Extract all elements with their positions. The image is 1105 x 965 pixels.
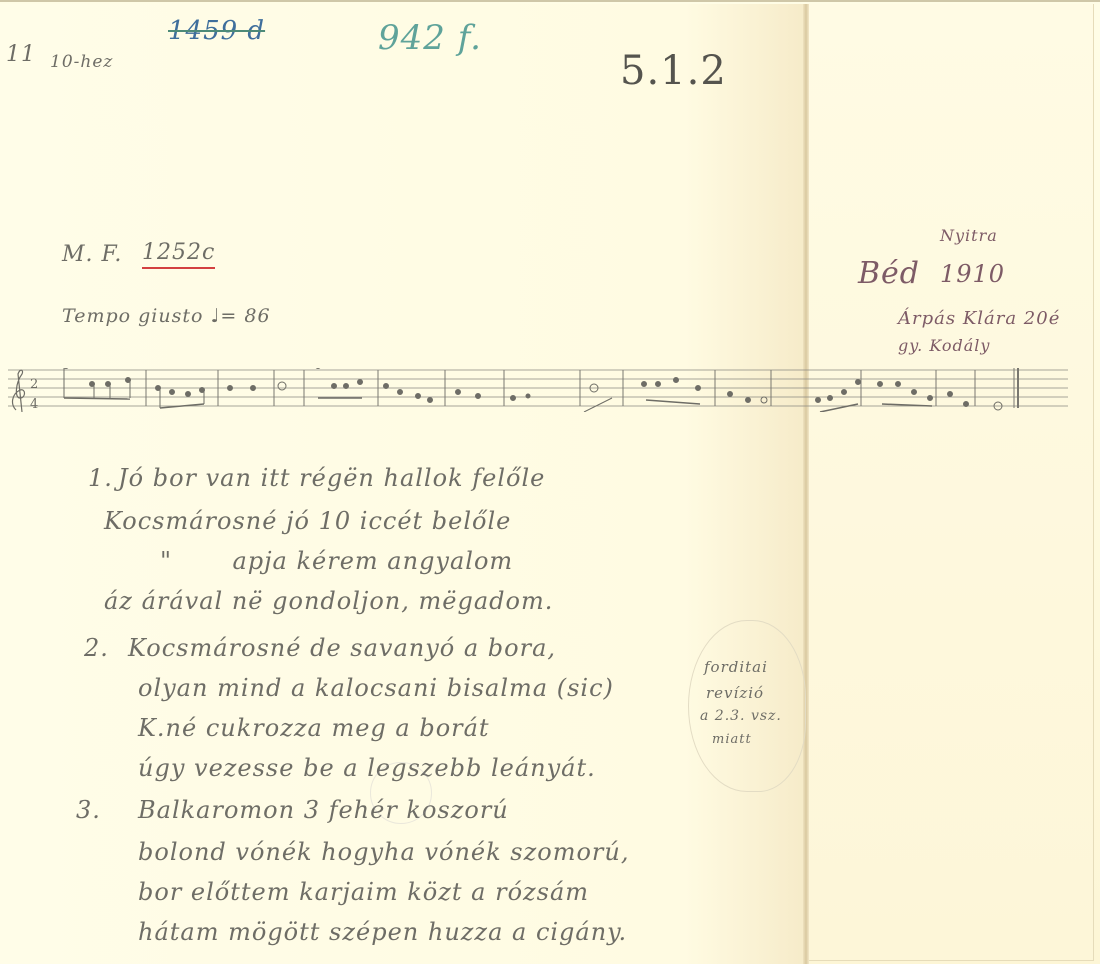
verse-1-line-3: " apja kérem angyalom bbox=[160, 547, 513, 575]
margin-note-line-2: revízió bbox=[706, 684, 764, 702]
place-name: Béd bbox=[858, 256, 920, 291]
faint-stamp bbox=[370, 762, 432, 824]
corner-mark: 11 bbox=[6, 42, 36, 67]
margin-note-outline bbox=[688, 620, 806, 792]
verse-3-line-4: hátam mögött szépen huzza a cigány. bbox=[138, 918, 627, 946]
verse-3-line-2: bolond vónék hogyha vónék szomorú, bbox=[138, 838, 629, 866]
svg-text:4: 4 bbox=[30, 397, 38, 412]
margin-note-line-4: miatt bbox=[712, 732, 752, 747]
margin-note-line-3: a 2.3. vsz. bbox=[700, 708, 782, 724]
tempo-marking: Tempo giusto ♩= 86 bbox=[62, 305, 271, 327]
struck-number: 1459 d bbox=[168, 16, 265, 46]
manuscript-page: 11 10-hez 1459 d 942 f. 5.1.2 M. F. 1252… bbox=[0, 0, 1100, 964]
county-name: Nyitra bbox=[940, 226, 998, 245]
classification-number: 5.1.2 bbox=[620, 48, 727, 94]
verse-1-line-4: áz árával në gondoljon, mëgadom. bbox=[104, 587, 553, 615]
catalog-number: 942 f. bbox=[378, 18, 482, 58]
singer-name: Árpás Klára 20é bbox=[898, 308, 1060, 329]
reference-label: M. F. bbox=[62, 242, 122, 267]
verse-2-line-4: úgy vezesse be a legszebb leányát. bbox=[138, 754, 596, 782]
verse-3-number: 3. bbox=[76, 796, 101, 824]
staff-notation-icon: 2 4 bbox=[8, 368, 1068, 412]
collector-name: gy. Kodály bbox=[898, 336, 990, 355]
verse-1-line-2: Kocsmárosné jó 10 iccét belőle bbox=[104, 507, 511, 535]
corner-note: 10-hez bbox=[50, 52, 113, 72]
margin-note-line-1: forditai bbox=[704, 658, 768, 676]
right-page bbox=[809, 4, 1094, 961]
verse-2-line-3: K.né cukrozza meg a borát bbox=[138, 714, 490, 742]
year: 1910 bbox=[940, 260, 1005, 288]
svg-text:2: 2 bbox=[30, 377, 38, 392]
verse-2-line-2: olyan mind a kalocsani bisalma (sic) bbox=[138, 674, 614, 702]
verse-3-line-1: Balkaromon 3 fehér koszorú bbox=[138, 796, 509, 824]
verse-2-line-1: Kocsmárosné de savanyó a bora, bbox=[128, 634, 556, 662]
verse-1-number: 1. bbox=[88, 464, 113, 492]
verse-1-line-1: Jó bor van itt régën hallok felőle bbox=[118, 464, 545, 492]
verse-3-line-3: bor előttem karjaim közt a rózsám bbox=[138, 878, 589, 906]
music-staff: 2 4 bbox=[8, 368, 1068, 412]
verse-2-number: 2. bbox=[84, 634, 109, 662]
reference-number: 1252c bbox=[142, 240, 215, 269]
